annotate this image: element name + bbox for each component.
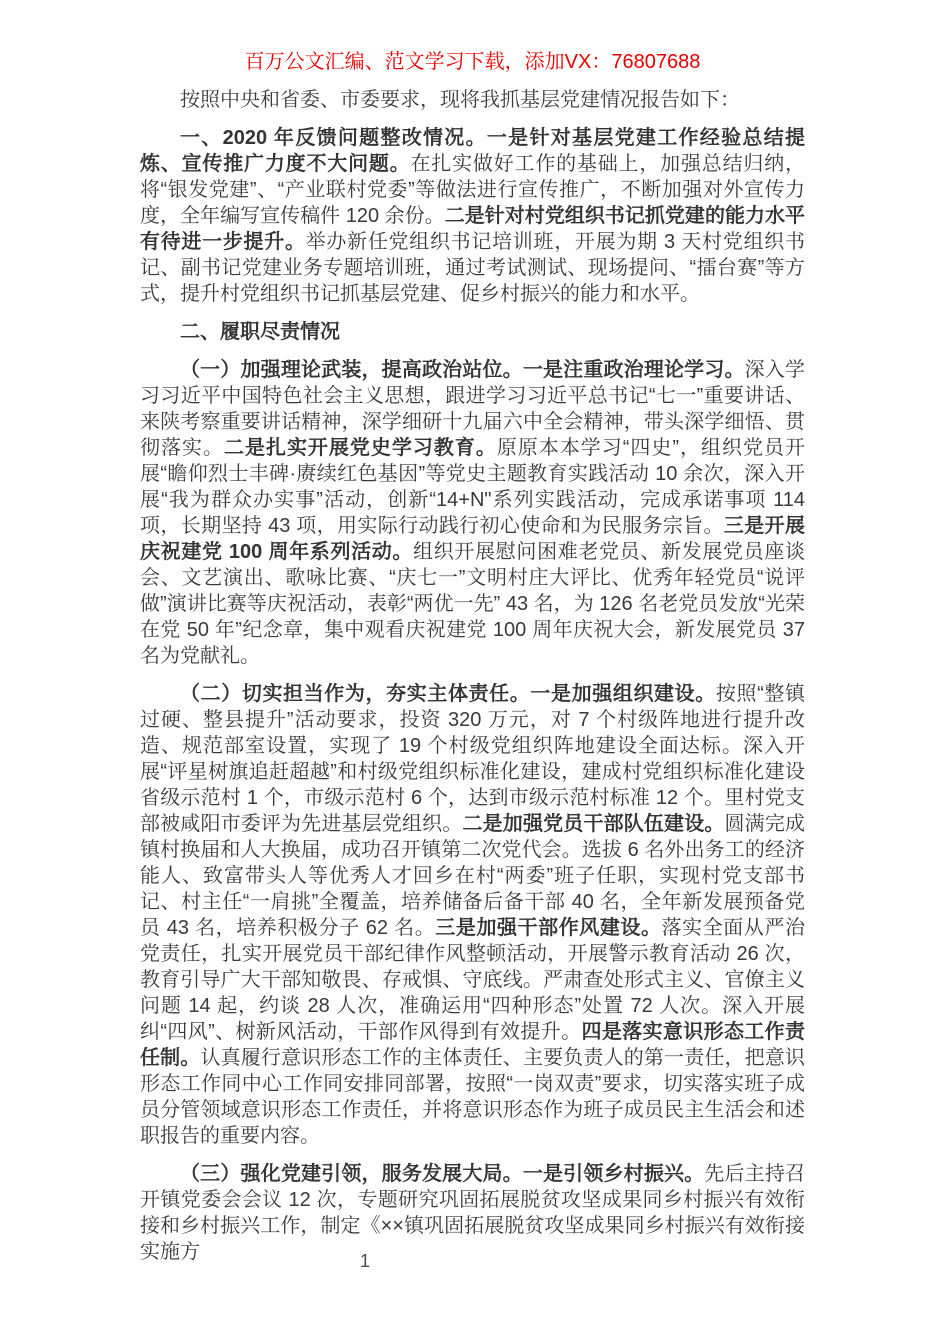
text-run: 按照中央和省委、市委要求，现将我抓基层党建情况报告如下： xyxy=(180,89,740,111)
text-run: 认真履行意识形态工作的主体责任、主要负责人的第一责任，把意识形态工作同中心工作同… xyxy=(140,1047,805,1147)
bold-text-run: （三）强化党建引领，服务发展大局。一是引领乡村振兴。 xyxy=(180,1163,704,1185)
page-number: 1 xyxy=(360,1250,370,1272)
document-page: 百万公文汇编、范文学习下载，添加VX：76807688 按照中央和省委、市委要求… xyxy=(0,0,950,1344)
bold-text-run: 二是加强党员干部队伍建设。 xyxy=(463,813,725,835)
paragraph: （三）强化党建引领，服务发展大局。一是引领乡村振兴。先后主持召开镇党委会会议 1… xyxy=(140,1161,805,1265)
paragraph: （二）切实担当作为，夯实主体责任。一是加强组织建设。按照“整镇过硬、整县提升”活… xyxy=(140,681,805,1149)
paragraph: 按照中央和省委、市委要求，现将我抓基层党建情况报告如下： xyxy=(140,87,805,113)
document-body: 按照中央和省委、市委要求，现将我抓基层党建情况报告如下：一、2020 年反馈问题… xyxy=(140,87,805,1265)
bold-text-run: 三是加强干部作风建设。 xyxy=(435,917,661,939)
bold-text-run: （一）加强理论武装，提高政治站位。一是注重政治理论学习。 xyxy=(180,359,745,381)
promo-header: 百万公文汇编、范文学习下载，添加VX：76807688 xyxy=(140,49,805,75)
section-heading: 二、履职尽责情况 xyxy=(140,319,805,345)
bold-text-run: 二、履职尽责情况 xyxy=(180,321,340,343)
paragraph: （一）加强理论武装，提高政治站位。一是注重政治理论学习。深入学习习近平中国特色社… xyxy=(140,357,805,669)
bold-text-run: 二是扎实开展党史学习教育。 xyxy=(224,437,497,459)
bold-text-run: （二）切实担当作为，夯实主体责任。一是加强组织建设。 xyxy=(180,683,716,705)
document-content: 百万公文汇编、范文学习下载，添加VX：76807688 按照中央和省委、市委要求… xyxy=(0,0,950,1265)
paragraph: 一、2020 年反馈问题整改情况。一是针对基层党建工作经验总结提炼、宣传推广力度… xyxy=(140,125,805,307)
